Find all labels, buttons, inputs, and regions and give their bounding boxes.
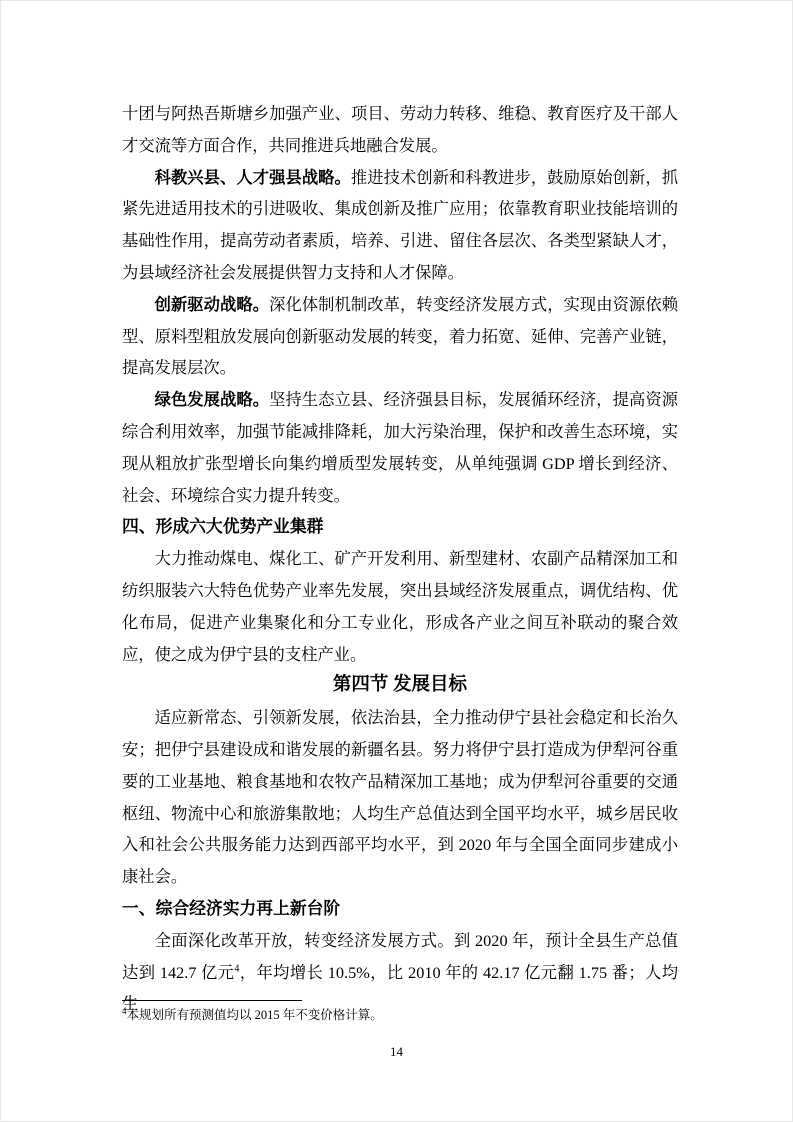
paragraph-text: 十团与阿热吾斯塘乡加强产业、项目、劳动力转移、维稳、教育医疗及干部人才交流等方面… (122, 104, 678, 155)
document-body: 十团与阿热吾斯塘乡加强产业、项目、劳动力转移、维稳、教育医疗及干部人才交流等方面… (122, 98, 678, 1020)
page-number: 14 (1, 1043, 792, 1061)
subheading-economy: 一、综合经济实力再上新台阶 (122, 893, 678, 925)
footnote-separator-rule (122, 1000, 302, 1001)
paragraph-bold-lead: 科教兴县、人才强县战略。 (155, 168, 351, 187)
section-heading: 第四节 发展目标 (122, 670, 678, 702)
document-page: 十团与阿热吾斯塘乡加强产业、项目、劳动力转移、维稳、教育医疗及干部人才交流等方面… (0, 0, 793, 1122)
footnote-text: 本规划所有预测值均以 2015 年不变价格计算。 (127, 1008, 383, 1022)
paragraph-strategy-keji: 科教兴县、人才强县战略。推进技术创新和科教进步，鼓励原始创新，抓紧先进适用技术的… (122, 162, 678, 289)
footnote-area: 4本规划所有预测值均以 2015 年不变价格计算。 (122, 1000, 678, 1025)
paragraph-six-clusters: 大力推动煤电、煤化工、矿产开发利用、新型建材、农副产品精深加工和纺织服装六大特色… (122, 543, 678, 670)
subheading-six-clusters: 四、形成六大优势产业集群 (122, 511, 678, 543)
paragraph-strategy-lvse: 绿色发展战略。坚持生态立县、经济强县目标，发展循环经济，提高资源综合利用效率，加… (122, 384, 678, 511)
paragraph-bold-lead: 绿色发展战略。 (155, 390, 270, 409)
paragraph-continuation: 十团与阿热吾斯塘乡加强产业、项目、劳动力转移、维稳、教育医疗及干部人才交流等方面… (122, 98, 678, 162)
paragraph-bold-lead: 创新驱动战略。 (155, 295, 270, 314)
paragraph-strategy-chuangxin: 创新驱动战略。深化体制机制改革，转变经济发展方式，实现由资源依赖型、原料型粗放发… (122, 289, 678, 384)
paragraph-goals: 适应新常态、引领新发展，依法治县，全力推动伊宁县社会稳定和长治久安；把伊宁县建设… (122, 702, 678, 893)
footnote-text-line: 4本规划所有预测值均以 2015 年不变价格计算。 (122, 1006, 678, 1025)
